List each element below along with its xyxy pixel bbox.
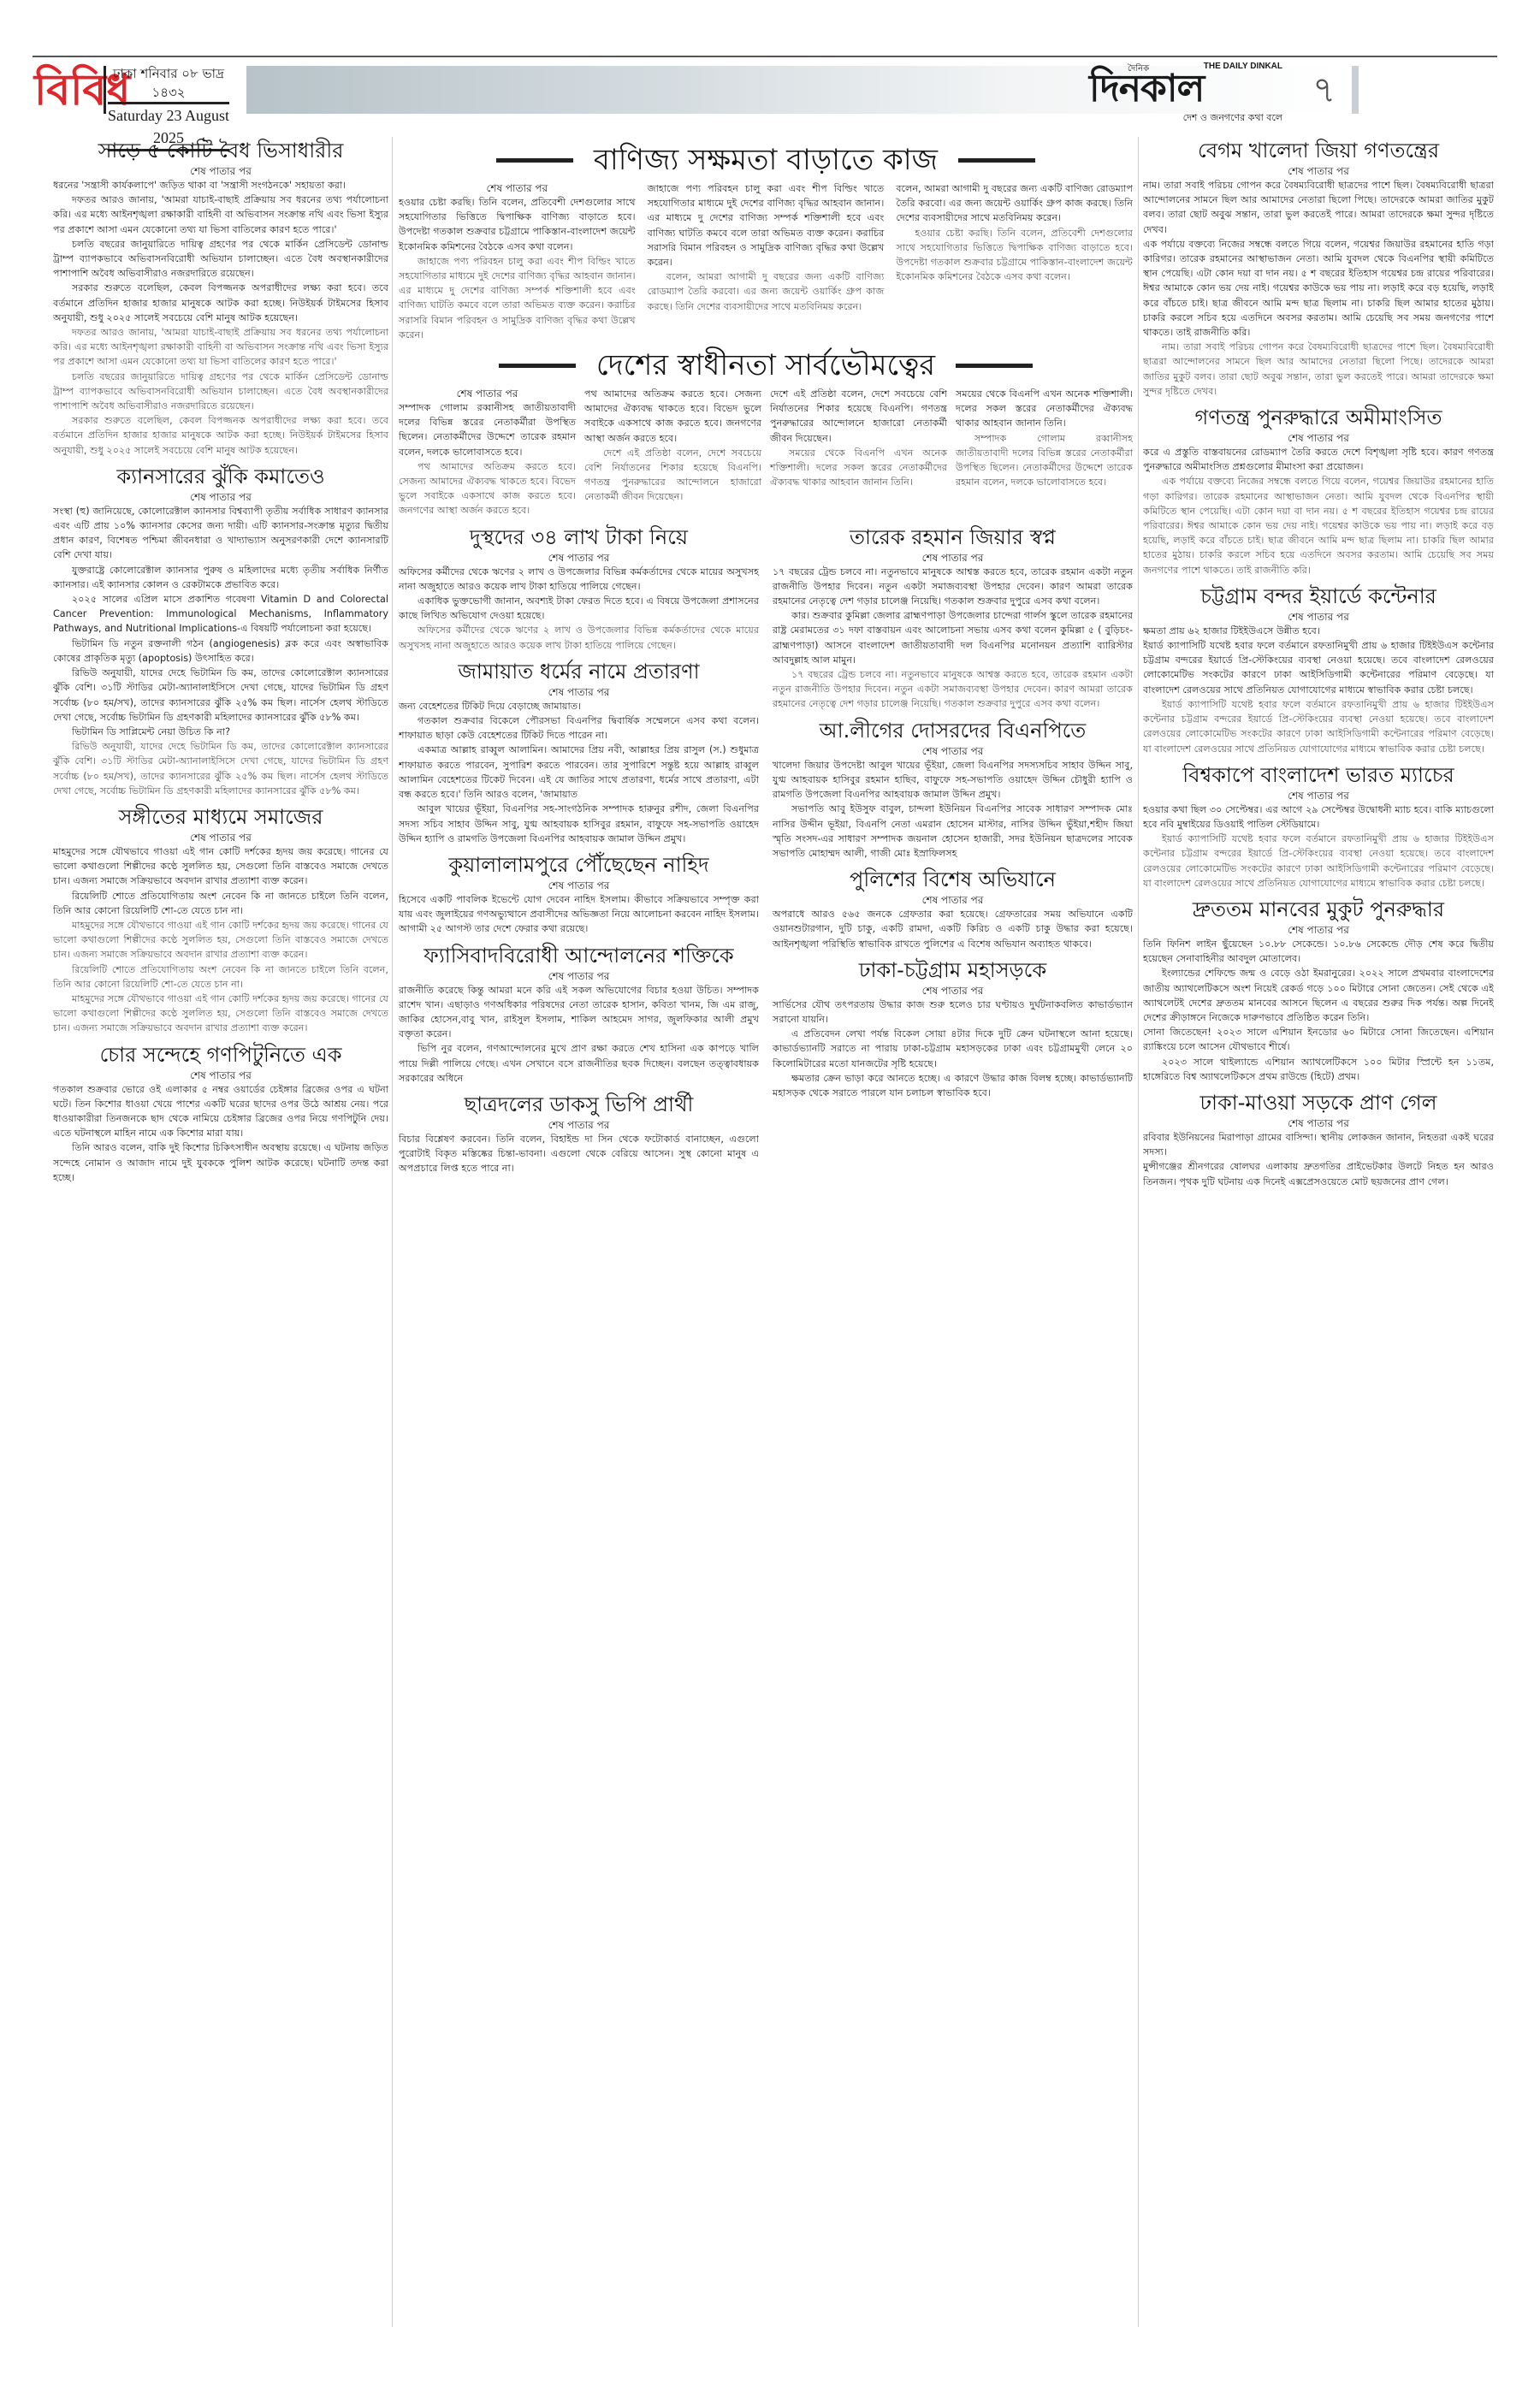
paragraph: আবুল খায়ের ভূঁইয়া, বিএনপির সহ-সাংগঠনিক… [399, 802, 759, 846]
paragraph: সভাপতি আবু ইউসুফ বাবুল, চান্দলা ইউনিয়ন … [773, 802, 1133, 861]
headline-rule [499, 364, 576, 368]
paragraph: সময়ের থেকে বিএনপি এখন অনেক শক্তিশালী। দ… [956, 387, 1133, 431]
continued-kicker: শেষ পাতার পর [399, 879, 759, 892]
article-body: রবিবার ইউনিয়নের মিরাপাড়া গ্রামের বাসিন… [1143, 1130, 1494, 1189]
paragraph: রিয়েলিটি শোতে প্রতিযোগিতায় অংশ নেবেন ক… [53, 962, 388, 992]
headline: সাড়ে ৫ কোটি বৈধ ভিসাধারীর [53, 137, 388, 164]
headline: সঙ্গীতের মাধ্যমে সমাজের [53, 803, 388, 831]
headline: আ.লীগের দোসরদের বিএনপিতে [773, 717, 1133, 744]
article-body: মাহমুদের সঙ্গে যৌথভাবে গাওয়া এই গান কোট… [53, 844, 388, 1036]
paragraph: চলতি বছরের জানুয়ারিতে দায়িত্ব গ্রহণের … [53, 370, 388, 414]
paragraph: এ প্রতিবেদন লেখা পর্যন্ত বিকেল সোয়া ৪টা… [773, 1027, 1133, 1071]
article-body: জন্য বেহেশতের টিকিট দিয়ে বেড়াচ্ছে জামা… [399, 699, 759, 846]
article-khaleda-democracy: বেগম খালেদা জিয়া গণতন্ত্রের শেষ পাতার প… [1143, 137, 1494, 399]
article-body: পথ আমাদের অতিক্রম করতে হবে। সেজন্য আমাদে… [584, 387, 761, 518]
headline-row: দেশের স্বাধীনতা সার্বভৌমত্বের [399, 347, 1133, 383]
paragraph: একাধিক ভুক্তভোগী জানান, অবশ্যই টাকা ফেরত… [399, 594, 759, 623]
paragraph: হওয়ার চেষ্টা করছি। তিনি বলেন, প্রতিবেশী… [896, 226, 1133, 285]
headline: চট্টগ্রাম বন্দর ইয়ার্ডে কন্টেনার [1143, 583, 1494, 610]
paragraph: জাহাজে পণ্য পরিবহন চালু করা এবং শীপ বিল্… [648, 181, 885, 269]
headline: বিশ্বকাপে বাংলাদেশ ভারত ম্যাচের [1143, 761, 1494, 789]
article-body: সময়ের থেকে বিএনপি এখন অনেক শক্তিশালী। দ… [956, 387, 1133, 518]
paragraph: মুন্সীগঞ্জের শ্রীনগরের ষোলঘর এলাকায় দ্র… [1143, 1159, 1494, 1188]
article-body: ১৭ বছরের ট্রেন্ড চলবে না। নতুনভাবে মানুষ… [773, 565, 1133, 712]
column-rule [392, 137, 393, 2327]
headline: ক্যানসারের ঝুঁকি কমাতেও [53, 463, 388, 490]
paragraph: বলেন, আমরা আগামী দু বছরের জন্য একটি বাণি… [896, 181, 1133, 226]
paragraph: রিয়েলিটি শোতে প্রতিযোগিতায় অংশ নেবেন ক… [53, 889, 388, 918]
article-body: অপরাধে আরও ৫৬৫ জনকে গ্রেফতার করা হয়েছে।… [773, 907, 1133, 951]
continued-kicker: শেষ পাতার পর [53, 490, 388, 504]
left-column: সাড়ে ৫ কোটি বৈধ ভিসাধারীর শেষ পাতার পর … [53, 137, 388, 2327]
paragraph: ১৭ বছরের ট্রেন্ড চলবে না। নতুনভাবে মানুষ… [773, 667, 1133, 712]
page-tab [1352, 66, 1359, 114]
continued-kicker: শেষ পাতার পর [53, 164, 388, 178]
article-nahid-kualalumpur: কুয়ালালামপুরে পৌঁছেছেন নাহিদ শেষ পাতার … [399, 851, 759, 937]
article-awami-league-associates: আ.লীগের দোসরদের বিএনপিতে শেষ পাতার পর খা… [773, 717, 1133, 861]
continued-kicker: শেষ পাতার পর [399, 969, 759, 983]
paragraph: রবিবার ইউনিয়নের মিরাপাড়া গ্রামের বাসিন… [1143, 1130, 1494, 1159]
continued-kicker: শেষ পাতার পর [399, 387, 576, 400]
date-bengali: ঢাকা শনিবার ০৮ ভাদ্র ১৪৩২ [108, 64, 229, 104]
paragraph: ক্ষমতা প্রায় ৬২ হাজার টিইইউএসে উন্নীত হ… [1143, 624, 1494, 638]
continued-kicker: শেষ পাতার পর [1143, 1116, 1494, 1130]
article-visa-holders: সাড়ে ৫ কোটি বৈধ ভিসাধারীর শেষ পাতার পর … [53, 137, 388, 458]
continued-kicker: শেষ পাতার পর [1143, 164, 1494, 178]
article-sovereignty: দেশের স্বাধীনতা সার্বভৌমত্বের শেষ পাতার … [399, 347, 1133, 518]
middle-column: বাণিজ্য সক্ষমতা বাড়াতে কাজ শেষ পাতার পর… [399, 137, 1133, 2327]
headline: তারেক রহমান জিয়ার স্বপ্ন [773, 524, 1133, 551]
article-police-drive: পুলিশের বিশেষ অভিযানে শেষ পাতার পর অপরাধ… [773, 866, 1133, 951]
article-body: তিনি ফিনিশ লাইন ছুঁয়েছেন ১০.৮৮ সেকেন্ডে… [1143, 937, 1494, 1084]
continued-kicker: শেষ পাতার পর [1143, 789, 1494, 802]
paragraph: অপরাধে আরও ৫৬৫ জনকে গ্রেফতার করা হয়েছে।… [773, 907, 1133, 951]
continued-kicker: শেষ পাতার পর [399, 685, 759, 699]
headline-rule [496, 158, 573, 163]
headline: বাণিজ্য সক্ষমতা বাড়াতে কাজ [594, 142, 938, 178]
paragraph: ধরনের 'সন্ত্রাসী কার্যকলাপে' জড়িত থাকা … [53, 178, 388, 192]
headline-row: বাণিজ্য সক্ষমতা বাড়াতে কাজ [399, 142, 1133, 178]
paragraph: তিনি ফিনিশ লাইন ছুঁয়েছেন ১০.৮৮ সেকেন্ডে… [1143, 937, 1494, 966]
article-cancer-risk: ক্যানসারের ঝুঁকি কমাতেও শেষ পাতার পর সংস… [53, 463, 388, 798]
paragraph: যুক্তরাষ্ট্রে কোলোরেক্টাল ক্যানসার পুরুষ… [53, 563, 388, 592]
middle-right-subcolumn: তারেক রহমান জিয়ার স্বপ্ন শেষ পাতার পর ১… [773, 524, 1133, 1181]
paragraph: হওয়ার চেষ্টা করছি। তিনি বলেন, প্রতিবেশী… [399, 195, 636, 254]
headline: ফ্যাসিবাদবিরোধী আন্দোলনের শক্তিকে [399, 942, 759, 969]
article-body: করে এ প্রস্তুতি বাস্তবায়নের রোডম্যাপ তৈ… [1143, 445, 1494, 577]
article-body: সংস্থা (হু) জানিয়েছে, কোলোরেক্টাল ক্যান… [53, 504, 388, 798]
continued-kicker: শেষ পাতার পর [53, 831, 388, 844]
headline-rule [956, 364, 1033, 368]
article-music-society: সঙ্গীতের মাধ্যমে সমাজের শেষ পাতার পর মাহ… [53, 803, 388, 1036]
headline: জামায়াত ধর্মের নামে প্রতারণা [399, 658, 759, 685]
article-body: রাজনীতি করেছে কিন্তু আমরা মনে করি এই সকল… [399, 983, 759, 1086]
brand-name: দিনকাল [1089, 68, 1204, 110]
paragraph: সংস্থা (হু) জানিয়েছে, কোলোরেক্টাল ক্যান… [53, 504, 388, 563]
paragraph: অফিসের কর্মীদের থেকে ঋণের ২ লাখ ও উপজেলা… [399, 565, 759, 594]
continued-kicker: শেষ পাতার পর [399, 1118, 759, 1132]
paragraph: সম্পাদক গোলাম রব্বানীসহ জাতীয়তাবাদী দলে… [399, 400, 576, 459]
middle-two-column-section: দুস্থদের ৩৪ লাখ টাকা নিয়ে শেষ পাতার পর … [399, 524, 1133, 1181]
middle-left-subcolumn: দুস্থদের ৩৪ লাখ টাকা নিয়ে শেষ পাতার পর … [399, 524, 759, 1181]
article-dhaka-mawa-road: ঢাকা-মাওয়া সড়কে প্রাণ গেল শেষ পাতার পর… [1143, 1089, 1494, 1189]
paragraph: পথ আমাদের অতিক্রম করতে হবে। সেজন্য আমাদে… [399, 459, 576, 518]
continued-kicker: শেষ পাতার পর [773, 744, 1133, 758]
article-body: খালেদা জিয়ার উপদেষ্টা আবুল খায়ের ভূঁইয… [773, 758, 1133, 861]
paragraph: করে এ প্রস্তুতি বাস্তবায়নের রোডম্যাপ তৈ… [1143, 445, 1494, 474]
paragraph: সরকার শুরুতে বলেছিল, কেবল বিপজ্জনক অপরাধ… [53, 281, 388, 325]
masthead-divider [104, 66, 106, 114]
paragraph: পথ আমাদের অতিক্রম করতে হবে। সেজন্য আমাদে… [584, 387, 761, 446]
masthead: বিবিধ ঢাকা শনিবার ০৮ ভাদ্র ১৪৩২ Saturday… [33, 56, 1497, 124]
article-body: দেশে এই প্রতিষ্ঠা বলেন, দেশে সবচেয়ে বেশ… [770, 387, 947, 518]
paragraph: এক পর্যায়ে বক্তব্যে নিজের সম্বন্ধে বলতে… [1143, 474, 1494, 577]
headline: দ্রুততম মানবের মুকুট পুনরুদ্ধার [1143, 896, 1494, 923]
paragraph: একমাত্র আল্লাহ রাব্বুল আলামিন। আমাদের প্… [399, 743, 759, 802]
paragraph: দফতর আরও জানায়, 'আমরা যাচাই-বাছাই প্রক্… [53, 192, 388, 237]
paragraph: মাহমুদের সঙ্গে যৌথভাবে গাওয়া এই গান কোট… [53, 992, 388, 1036]
paragraph: গতকাল শুক্রবার বিকেলে পৌরসভা বিএনপির দ্ব… [399, 713, 759, 743]
continued-kicker: শেষ পাতার পর [399, 181, 636, 195]
paragraph: ভিটামিন ডি সাপ্লিমেন্ট নেয়া উচিত কি না? [53, 725, 388, 739]
paragraph: সরকার শুরুতে বলেছিল, কেবল বিপজ্জনক অপরাধ… [53, 413, 388, 458]
continued-kicker: শেষ পাতার পর [1143, 610, 1494, 624]
article-jamaat-fraud: জামায়াত ধর্মের নামে প্রতারণা শেষ পাতার … [399, 658, 759, 846]
headline: ঢাকা-মাওয়া সড়কে প্রাণ গেল [1143, 1089, 1494, 1116]
article-body: বলেন, আমরা আগামী দু বছরের জন্য একটি বাণি… [896, 181, 1133, 342]
paragraph: নাম। তারা সবাই পরিচয় গোপন করে বৈষম্যবির… [1143, 340, 1494, 399]
continued-kicker: শেষ পাতার পর [773, 893, 1133, 907]
article-dhaka-ctg-highway: ঢাকা-চট্টগ্রাম মহাসড়কে শেষ পাতার পর সার… [773, 956, 1133, 1100]
paragraph: ১৭ বছরের ট্রেন্ড চলবে না। নতুনভাবে মানুষ… [773, 565, 1133, 609]
paragraph: ভিপি নুর বলেন, গণআন্দোলনের মুখে প্রাণ রক… [399, 1041, 759, 1086]
headline-rule [958, 158, 1035, 163]
paragraph: খালেদা জিয়ার উপদেষ্টা আবুল খায়ের ভূঁইয… [773, 758, 1133, 802]
article-body: বিচার বিশ্লেষণ করবেন। তিনি বলেন, বিহাইন্… [399, 1132, 759, 1176]
paragraph: বিচার বিশ্লেষণ করবেন। তিনি বলেন, বিহাইন্… [399, 1132, 759, 1176]
column-rule [1138, 137, 1139, 2327]
page-number: ৭ [1312, 66, 1336, 114]
paragraph: রাজনীতি করেছে কিন্তু আমরা মনে করি এই সকল… [399, 983, 759, 1042]
paragraph: রিভিউ অনুযায়ী, যাদের দেহে ভিটামিন ডি কম… [53, 739, 388, 798]
article-body: সার্ভিসের যৌথ তৎপরতায় উদ্ধার কাজ শুরু হ… [773, 998, 1133, 1100]
paragraph: ভিটামিন ডি নতুন রক্তনালী গঠন (angiogenes… [53, 636, 388, 666]
paragraph: নাম। তারা সবাই পরিচয় গোপন করে বৈষম্যবির… [1143, 178, 1494, 237]
headline: ঢাকা-চট্টগ্রাম মহাসড়কে [773, 956, 1133, 984]
brand-tagline: দেশ ও জনগণের কথা বলে [1183, 110, 1282, 127]
continued-kicker: শেষ পাতার পর [1143, 431, 1494, 445]
article-body: শেষ পাতার পর হওয়ার চেষ্টা করছি। তিনি বল… [399, 181, 636, 342]
paragraph: হিসেবে একটি পাবলিক ইভেন্টে যোগ দেবেন নাহ… [399, 892, 759, 937]
paragraph: রিভিউ অনুযায়ী, যাদের দেহে ভিটামিন ডি কম… [53, 666, 388, 725]
paragraph: সময়ের থেকে বিএনপি এখন অনেক শক্তিশালী। দ… [770, 446, 947, 490]
paragraph: মাহমুদের সঙ্গে যৌথভাবে গাওয়া এই গান কোট… [53, 844, 388, 889]
article-body: গতকাল শুক্রবার ভোরে ওই এলাকার ৫ নম্বর ওয… [53, 1082, 388, 1185]
paragraph: ২০২৫ সালের এপ্রিল মাসে প্রকাশিত গবেষণা V… [53, 592, 388, 636]
paragraph: মাহমুদের সঙ্গে যৌথভাবে গাওয়া এই গান কোট… [53, 918, 388, 962]
paragraph: বলেন, আমরা আগামী দু বছরের জন্য একটি বাণি… [648, 269, 885, 314]
paragraph: সোনা জিতেছেন! ২০২৩ সালে এশিয়ান ইনডোর ৬০… [1143, 1025, 1494, 1054]
article-body: নাম। তারা সবাই পরিচয় গোপন করে বৈষম্যবির… [1143, 178, 1494, 399]
paragraph: ইংল্যান্ডের শেফিল্ডে জন্ম ও বেড়ে ওঠা ইম… [1143, 966, 1494, 1025]
continued-kicker: শেষ পাতার পর [773, 551, 1133, 565]
article-chhatradal-vp: ছাত্রদলের ডাকসু ভিপি প্রার্থী শেষ পাতার … [399, 1091, 759, 1176]
article-columns: শেষ পাতার পর হওয়ার চেষ্টা করছি। তিনি বল… [399, 181, 1133, 342]
brand-english: THE DAILY DINKAL [1204, 62, 1282, 71]
article-trade-capacity: বাণিজ্য সক্ষমতা বাড়াতে কাজ শেষ পাতার পর… [399, 142, 1133, 342]
paragraph: ইয়ার্ড ক্যাপাসিটি যথেষ্ট হবার ফলে বর্তম… [1143, 832, 1494, 891]
paragraph: গতকাল শুক্রবার ভোরে ওই এলাকার ৫ নম্বর ওয… [53, 1082, 388, 1141]
paragraph: ২০২৩ সালে থাইল্যান্ডে এশিয়ান অ্যাথলেটিক… [1143, 1055, 1494, 1084]
paragraph: ইয়ার্ড ক্যাপাসিটি যথেষ্ট হবার ফলে বর্তম… [1143, 697, 1494, 756]
paragraph: চলতি বছরের জানুয়ারিতে দায়িত্ব গ্রহণের … [53, 237, 388, 281]
paragraph: দফতর আরও জানায়, 'আমরা যাচাই-বাছাই প্রক্… [53, 325, 388, 370]
continued-kicker: শেষ পাতার পর [53, 1069, 388, 1082]
article-body: ধরনের 'সন্ত্রাসী কার্যকলাপে' জড়িত থাকা … [53, 178, 388, 458]
article-body: হিসেবে একটি পাবলিক ইভেন্টে যোগ দেবেন নাহ… [399, 892, 759, 937]
newspaper-logo: দৈনিক THE DAILY DINKAL দিনকাল দেশ ও জনগণ… [1089, 61, 1286, 122]
headline: দুস্থদের ৩৪ লাখ টাকা নিয়ে [399, 524, 759, 551]
paragraph: কার। শুক্রবার কুমিল্লা জেলার ব্রাহ্মণপাড… [773, 608, 1133, 667]
article-body: জাহাজে পণ্য পরিবহন চালু করা এবং শীপ বিল্… [648, 181, 885, 342]
paragraph: জন্য বেহেশতের টিকিট দিয়ে বেড়াচ্ছে জামা… [399, 699, 759, 713]
paragraph: দেশে এই প্রতিষ্ঠা বলেন, দেশে সবচেয়ে বেশ… [770, 387, 947, 446]
headline: দেশের স্বাধীনতা সার্বভৌমত্বের [596, 347, 935, 383]
headline: গণতন্ত্র পুনরুদ্ধারে অমীমাংসিত [1143, 404, 1494, 431]
article-body: শেষ পাতার পর সম্পাদক গোলাম রব্বানীসহ জাত… [399, 387, 576, 518]
paragraph: ক্ষমতার ক্রেন ভাড়া করে আনতে হচ্ছে। এ কা… [773, 1071, 1133, 1100]
headline: চোর সন্দেহে গণপিটুনিতে এক [53, 1041, 388, 1069]
paragraph: তিনি আরও বলেন, বাকি দুই কিশোর চিকিৎসাধীন… [53, 1140, 388, 1185]
right-column: বেগম খালেদা জিয়া গণতন্ত্রের শেষ পাতার প… [1143, 137, 1494, 2327]
paragraph: জাহাজে পণ্য পরিবহন চালু করা এবং শীপ বিল্… [399, 254, 636, 342]
paragraph: ইয়ার্ড ক্যাপাসিটি যথেষ্ট হবার ফলে বর্তম… [1143, 638, 1494, 697]
headline: ছাত্রদলের ডাকসু ভিপি প্রার্থী [399, 1091, 759, 1118]
continued-kicker: শেষ পাতার পর [399, 551, 759, 565]
article-destitute-money: দুস্থদের ৩৪ লাখ টাকা নিয়ে শেষ পাতার পর … [399, 524, 759, 653]
continued-kicker: শেষ পাতার পর [1143, 923, 1494, 937]
paragraph: অফিসের কর্মীদের থেকে ঋণের ২ লাখ ও উপজেলা… [399, 623, 759, 652]
article-columns: শেষ পাতার পর সম্পাদক গোলাম রব্বানীসহ জাত… [399, 387, 1133, 518]
article-worldcup-match: বিশ্বকাপে বাংলাদেশ ভারত ম্যাচের শেষ পাতা… [1143, 761, 1494, 891]
paragraph: দেশে এই প্রতিষ্ঠা বলেন, দেশে সবচেয়ে বেশ… [584, 446, 761, 505]
continued-kicker: শেষ পাতার পর [773, 984, 1133, 998]
article-tarique-dream: তারেক রহমান জিয়ার স্বপ্ন শেষ পাতার পর ১… [773, 524, 1133, 712]
paragraph: এক পর্যায়ে বক্তব্যে নিজের সম্বন্ধে বলতে… [1143, 237, 1494, 340]
article-ctg-port-yard: চট্টগ্রাম বন্দর ইয়ার্ডে কন্টেনার শেষ পা… [1143, 583, 1494, 756]
paragraph: হওয়ার কথা ছিল ৩০ সেপ্টেম্বর। এর আগে ২৯ … [1143, 802, 1494, 832]
headline: পুলিশের বিশেষ অভিযানে [773, 866, 1133, 893]
article-body: অফিসের কর্মীদের থেকে ঋণের ২ লাখ ও উপজেলা… [399, 565, 759, 653]
article-fastest-man: দ্রুততম মানবের মুকুট পুনরুদ্ধার শেষ পাতা… [1143, 896, 1494, 1084]
article-mob-beating: চোর সন্দেহে গণপিটুনিতে এক শেষ পাতার পর গ… [53, 1041, 388, 1185]
article-democracy-restoration: গণতন্ত্র পুনরুদ্ধারে অমীমাংসিত শেষ পাতার… [1143, 404, 1494, 577]
headline: কুয়ালালামপুরে পৌঁছেছেন নাহিদ [399, 851, 759, 879]
paragraph: সার্ভিসের যৌথ তৎপরতায় উদ্ধার কাজ শুরু হ… [773, 998, 1133, 1027]
headline: বেগম খালেদা জিয়া গণতন্ত্রের [1143, 137, 1494, 164]
article-antifascist: ফ্যাসিবাদবিরোধী আন্দোলনের শক্তিকে শেষ পা… [399, 942, 759, 1086]
article-body: হওয়ার কথা ছিল ৩০ সেপ্টেম্বর। এর আগে ২৯ … [1143, 802, 1494, 891]
article-body: ক্ষমতা প্রায় ৬২ হাজার টিইইউএসে উন্নীত হ… [1143, 624, 1494, 756]
paragraph: সম্পাদক গোলাম রব্বানীসহ জাতীয়তাবাদী দলে… [956, 431, 1133, 490]
